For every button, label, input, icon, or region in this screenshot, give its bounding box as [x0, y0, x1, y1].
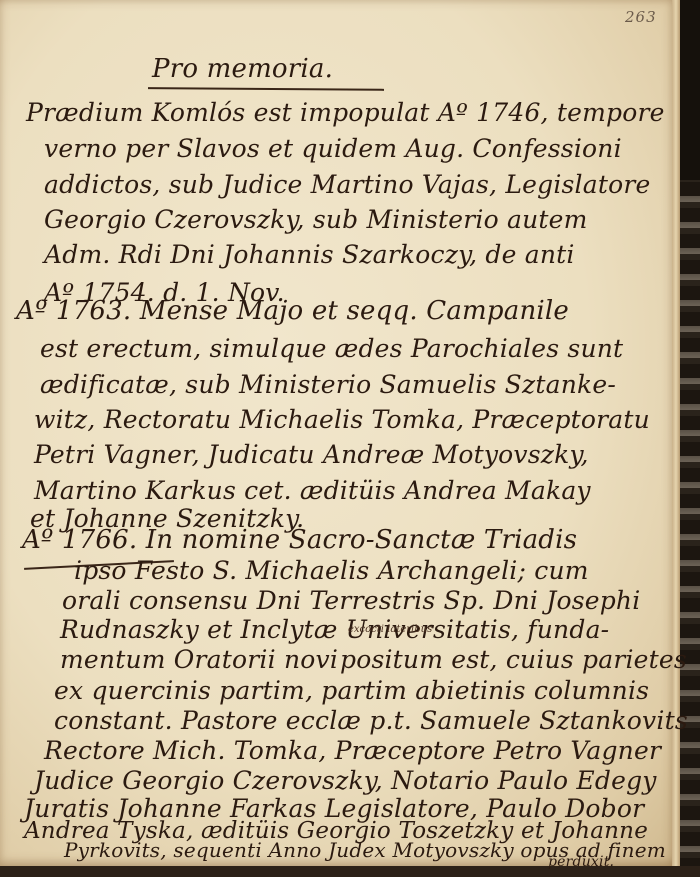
text-line: Aº 1766. In nomine Sacro-Sanctæ Triadis [22, 525, 577, 555]
text-line: addictos, sub Judice Martino Vajas, Legi… [44, 170, 650, 199]
text-line: Rudnaszky et Inclytæ Universitatis, fund… [60, 615, 609, 644]
text-line: verno per Slavos et quidem Aug. Confessi… [44, 134, 622, 163]
text-line: perduxit. [548, 854, 614, 870]
page-title: Pro memoria. [152, 54, 333, 84]
text-line: Petri Vagner, Judicatu Andreæ Motyovszky… [34, 440, 589, 469]
text-line: est erectum, simulque ædes Parochiales s… [40, 334, 623, 363]
text-line: ipso Festo S. Michaelis Archangeli; cum [74, 556, 589, 585]
page-edge [672, 0, 680, 868]
text-line: orali consensu Dni Terrestris Sp. Dni Jo… [62, 586, 640, 615]
text-line: ædificatæ, sub Ministerio Samuelis Sztan… [40, 370, 616, 399]
folio-number: 263 [625, 8, 657, 26]
interlinear-insertion: excocti lateribus [348, 624, 432, 635]
text-line: Prædium Komlós est impopulat Aº 1746, te… [26, 98, 665, 127]
text-line: witz, Rectoratu Michaelis Tomka, Præcept… [34, 405, 650, 434]
text-line: Aº 1763. Mense Majo et seqq. Campanile [16, 296, 569, 326]
text-line: Adm. Rdi Dni Johannis Szarkoczy, de anti [44, 240, 575, 269]
text-line: mentum Oratorii novi [60, 645, 338, 674]
text-line: Martino Karkus cet. æditüis Andrea Makay [34, 476, 591, 505]
book-binding-shadow [680, 0, 700, 180]
text-line: positum est, cuius parietes [340, 645, 687, 674]
text-line: Rectore Mich. Tomka, Præceptore Petro Va… [44, 736, 661, 765]
text-line: ex quercinis partim, partim abietinis co… [54, 676, 649, 705]
text-line: Judice Georgio Czerovszky, Notario Paulo… [34, 766, 657, 795]
text-line: constant. Pastore ecclæ p.t. Samuele Szt… [54, 706, 688, 735]
text-line: Georgio Czerovszky, sub Ministerio autem [44, 205, 588, 234]
